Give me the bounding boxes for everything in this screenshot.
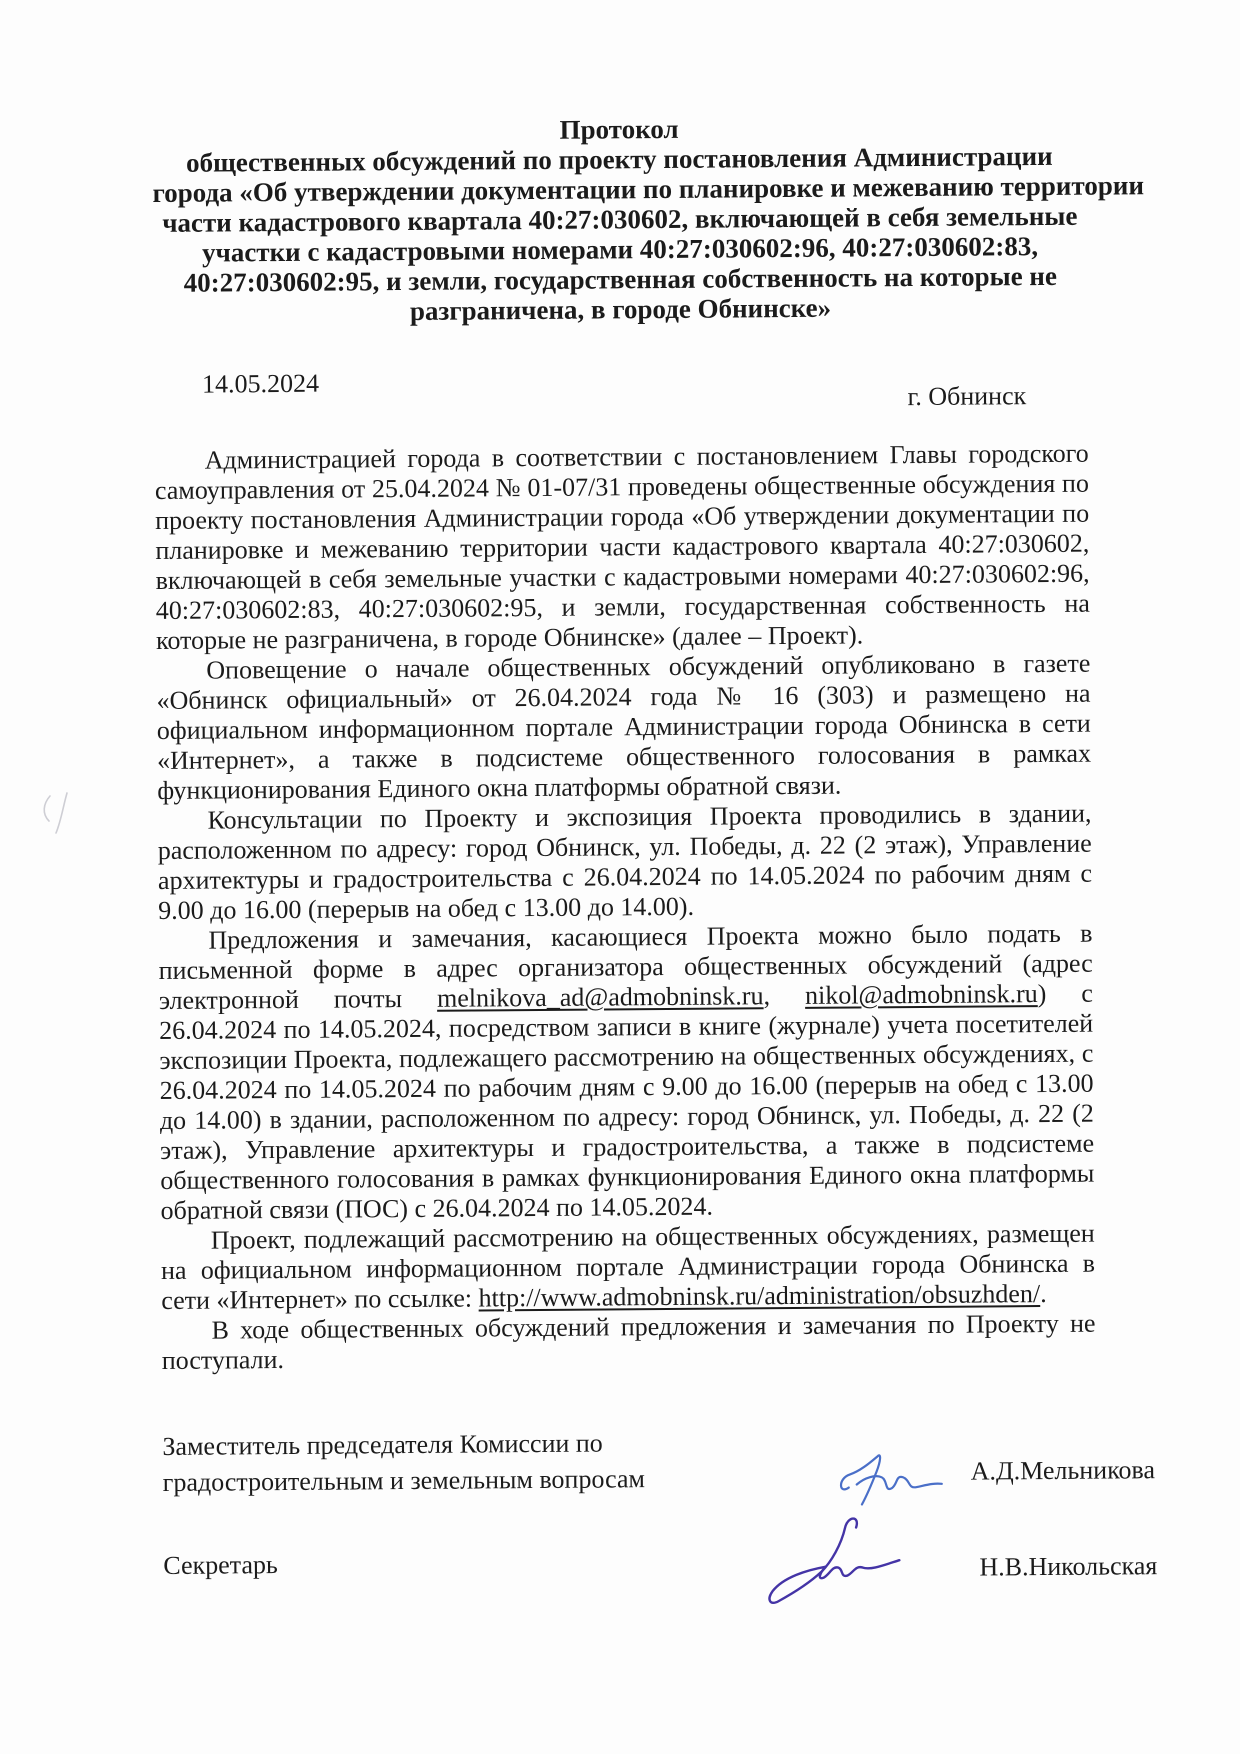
paragraph: Оповещение о начале общественных обсужде…	[156, 649, 1091, 806]
signature-nikolskaya-ink	[759, 1509, 910, 1614]
paragraph: Консультации по Проекту и экспозиция Про…	[157, 799, 1092, 926]
signatory-name-nikolskaya: Н.В.Никольская	[979, 1551, 1157, 1582]
signature-melnikova-ink	[834, 1447, 946, 1510]
paragraph: Предложения и замечания, касающиеся Прое…	[158, 919, 1094, 1226]
paragraph: Проект, подлежащий рассмотрению на общес…	[161, 1219, 1096, 1316]
document-content: Протокол общественных обсуждений по прое…	[152, 111, 1098, 1669]
role-line: градостроительным и земельным вопросам	[163, 1458, 1097, 1501]
document-title: Протокол общественных обсуждений по прое…	[152, 111, 1088, 328]
role-line: Секретарь	[163, 1547, 278, 1584]
protocol-place: г. Обнинск	[907, 381, 1088, 412]
document-body: Администрацией города в соответствии с п…	[155, 439, 1096, 1376]
underlined-link-text: melnikova_ad@admobninsk.ru	[437, 981, 764, 1013]
paragraph: Администрацией города в соответствии с п…	[155, 439, 1091, 656]
underlined-link-text: http://www.admobninsk.ru/administration/…	[478, 1279, 1040, 1312]
signature-block: Заместитель председателя Комиссии по гра…	[162, 1422, 1098, 1669]
pencil-margin-mark	[38, 786, 83, 838]
paragraph: В ходе общественных обсуждений предложен…	[161, 1309, 1095, 1376]
underlined-link-text: nikol@admobninsk.ru	[805, 979, 1038, 1010]
protocol-date: 14.05.2024	[154, 369, 319, 418]
document-page: Протокол общественных обсуждений по прое…	[0, 0, 1240, 1754]
meta-row: 14.05.2024 г. Обнинск	[154, 363, 1088, 418]
signatory-role-secretary: Секретарь	[163, 1547, 278, 1584]
signatory-name-melnikova: А.Д.Мельникова	[971, 1455, 1156, 1486]
signatory-role-deputy-chair: Заместитель председателя Комиссии по гра…	[162, 1422, 1097, 1501]
